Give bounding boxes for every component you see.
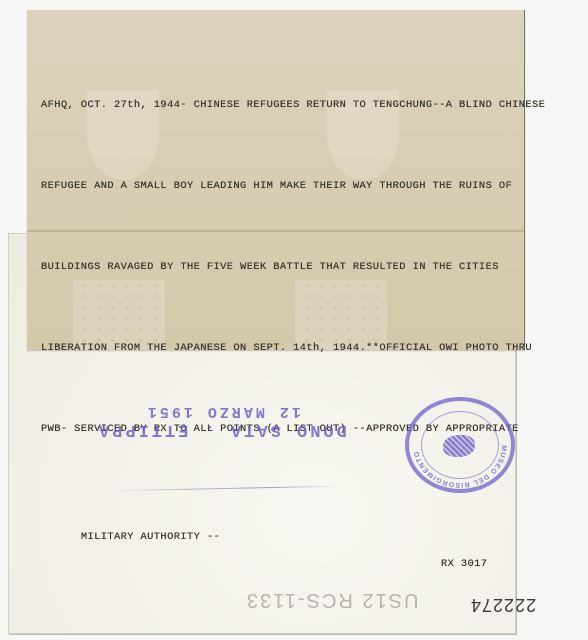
caption-line: MILITARY AUTHORITY -- RX 3017	[41, 497, 521, 524]
caption-line: AFHQ, OCT. 27th, 1944- CHINESE REFUGEES …	[41, 92, 521, 119]
stamp-line-2: 12 MARZO 1951	[96, 403, 301, 420]
reference-number: RX 3017	[441, 551, 487, 578]
caption-line: REFUGEE AND A SMALL BOY LEADING HIM MAKE…	[41, 173, 521, 200]
caption-line: LIBERATION FROM THE JAPANESE ON SEPT. 14…	[41, 335, 521, 362]
ink-inventory-number: 222274	[470, 594, 536, 615]
seal-ring-text: MUSEO DEL RISORGIMENTO	[405, 397, 515, 493]
caption-line: BUILDINGS RAVAGED BY THE FIVE WEEK BATTL…	[41, 254, 521, 281]
caption-slip: AFHQ, OCT. 27th, 1944- CHINESE REFUGEES …	[27, 10, 525, 350]
pencil-note: US12 RCS-1133	[245, 588, 418, 611]
svg-text:MUSEO DEL RISORGIMENTO: MUSEO DEL RISORGIMENTO	[413, 445, 507, 488]
stamp-line-1: DONO SATA . ETTIPPA	[96, 420, 347, 439]
caption-text: AFHQ, OCT. 27th, 1944- CHINESE REFUGEES …	[41, 38, 521, 578]
circular-seal: MUSEO DEL RISORGIMENTO	[405, 397, 515, 493]
caption-line-final: MILITARY AUTHORITY --	[81, 531, 220, 543]
donation-stamp: DONO SATA . ETTIPPA 12 MARZO 1951	[96, 403, 347, 439]
